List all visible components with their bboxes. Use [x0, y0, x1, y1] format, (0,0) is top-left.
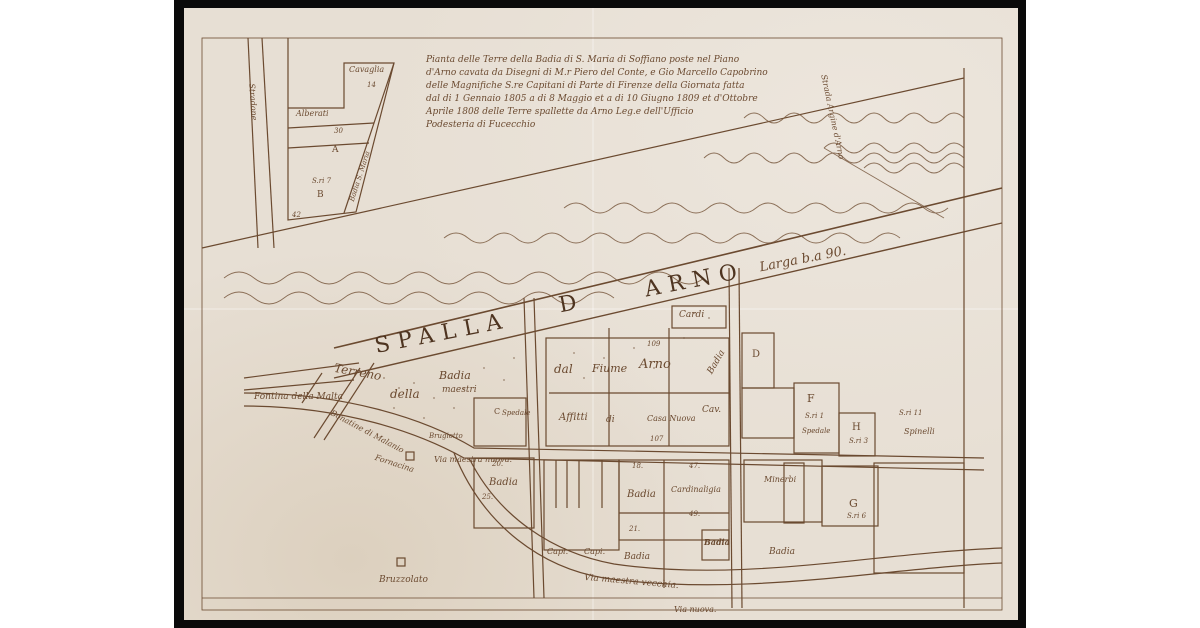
- parcel-number: 14: [367, 82, 376, 89]
- parcel-label: Cavaglia: [349, 66, 384, 74]
- parcel-number: 30: [334, 128, 343, 135]
- parcel-letter: C: [494, 408, 500, 416]
- parcel-label: Badia: [769, 548, 795, 557]
- parcel-letter: A: [332, 146, 339, 155]
- parcel-number: 18.: [632, 463, 643, 470]
- parcel-letter: F: [807, 393, 815, 404]
- parcel-letter: D: [752, 350, 760, 360]
- parcel-number: 49.: [689, 511, 700, 518]
- river-label-d: D: [557, 291, 586, 317]
- parcel-measure: S.ri 6: [847, 513, 866, 520]
- parcel-number: 20.: [492, 461, 503, 468]
- place-label: Bruzzolato: [379, 576, 428, 585]
- parcel-label: Minerbi: [764, 476, 796, 484]
- parcel-label: Spedale: [802, 428, 830, 435]
- road-label: Via nuova.: [674, 606, 716, 614]
- parcel-label: Cav.: [702, 406, 721, 415]
- area-label: dal: [554, 363, 573, 375]
- parcel-label: Casa Nuova: [647, 415, 696, 423]
- parcel-label: Affitti: [559, 413, 588, 423]
- parcel-measure: S.ri 3: [849, 438, 868, 445]
- parcel-label: Capi.: [584, 548, 605, 556]
- area-label: Fiume: [592, 363, 627, 374]
- parcel-letter: B: [317, 191, 324, 200]
- parcel-label: Cardinaligia: [671, 486, 721, 494]
- parcel-label: Badia: [489, 478, 518, 488]
- parcel-label: Badia: [704, 538, 730, 546]
- title-line: Pianta delle Terre della Badia di S. Mar…: [426, 54, 786, 67]
- parcel-number: 25.: [482, 494, 493, 501]
- parcel-label: Badia: [624, 553, 650, 562]
- parcel-number: 109: [647, 341, 660, 348]
- title-line: d'Arno cavata da Disegni di M.r Piero de…: [426, 67, 786, 80]
- title-line: dal di 1 Gennaio 1805 a di 8 Maggio et a…: [426, 93, 786, 106]
- title-line: Aprile 1808 delle Terre spallette da Arn…: [426, 106, 786, 119]
- area-label: Badia: [439, 370, 471, 381]
- parcel-label: Capi.: [547, 548, 568, 556]
- map-title-cartouche: Pianta delle Terre della Badia di S. Mar…: [426, 54, 786, 132]
- parcel-label: Alberati: [296, 110, 329, 118]
- parcel-label: Spinelli: [904, 428, 935, 436]
- area-label: Arno: [639, 358, 671, 371]
- manuscript-map-sheet: Pianta delle Terre della Badia di S. Mar…: [184, 8, 1018, 620]
- parcel-letter: G: [849, 498, 858, 509]
- parcel-measure: S.ri 1: [805, 413, 824, 420]
- area-label: della: [390, 388, 420, 400]
- title-line: Podesteria di Fucecchio: [426, 119, 786, 132]
- parcel-label: Badia: [627, 490, 656, 500]
- place-label: Fontina della Malta: [254, 393, 343, 402]
- parcel-number: 21.: [629, 526, 640, 533]
- road-label: Stradone: [247, 83, 258, 121]
- parcel-measure: S.ri 7: [312, 178, 331, 185]
- parcel-label: Spedale: [502, 410, 530, 417]
- parcel-label: Cardi: [679, 311, 704, 320]
- place-label: Brugiotto: [429, 433, 463, 440]
- parcel-number: 42: [292, 212, 301, 219]
- parcel-number: 107: [650, 436, 663, 443]
- parcel-letter: H: [852, 423, 861, 433]
- area-label: maestri: [442, 386, 477, 395]
- title-line: delle Magnifiche S.re Capitani di Parte …: [426, 80, 786, 93]
- parcel-label: di: [606, 416, 615, 425]
- parcel-measure: S.ri 11: [899, 410, 923, 417]
- parcel-number: 47.: [689, 463, 700, 470]
